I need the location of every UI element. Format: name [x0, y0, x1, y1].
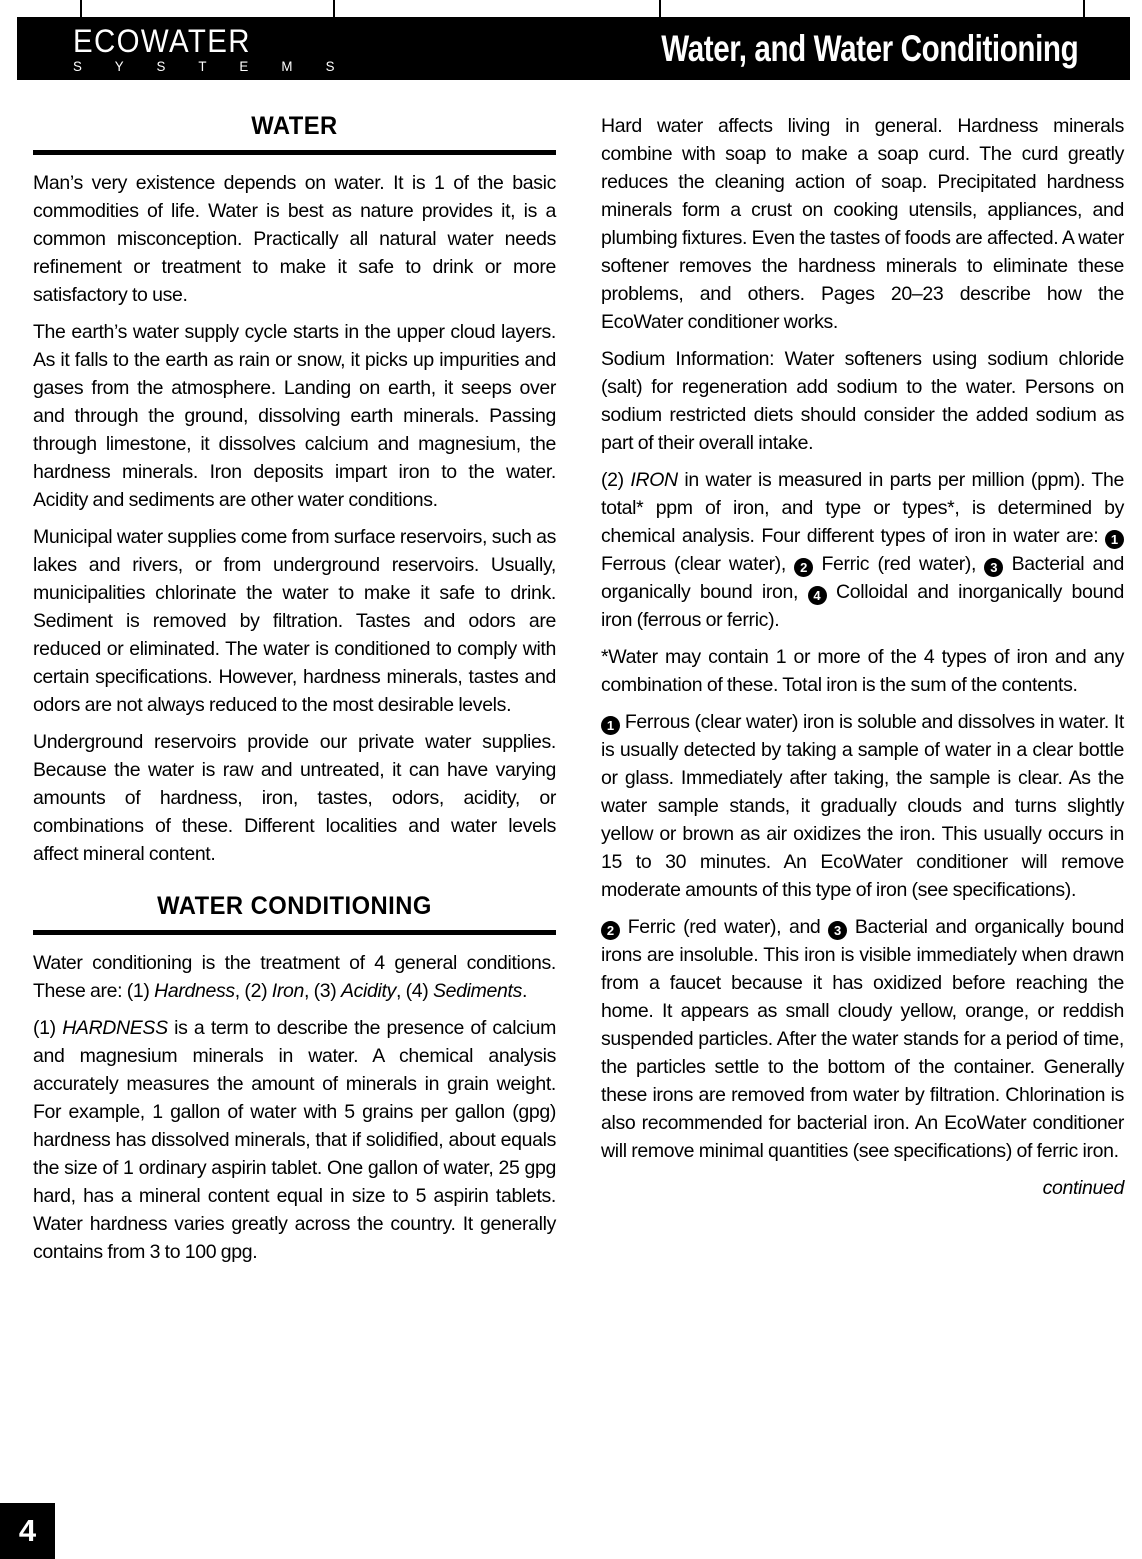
registration-mark [333, 0, 335, 17]
page-number-badge: 4 [0, 1503, 55, 1559]
paragraph: Sodium Information: Water softeners usin… [601, 345, 1124, 457]
numbered-bullet-1-icon: 1 [601, 716, 620, 735]
section-heading-block: WATER CONDITIONING [33, 892, 556, 935]
section-rule [33, 150, 556, 155]
section-rule [33, 930, 556, 935]
page-number: 4 [19, 1513, 36, 1549]
paragraph: Hard water affects living in general. Ha… [601, 112, 1124, 336]
numbered-bullet-2-icon: 2 [601, 921, 620, 940]
registration-mark [1083, 0, 1085, 17]
paragraph: Municipal water supplies come from surfa… [33, 523, 556, 719]
registration-mark [659, 0, 661, 17]
registration-mark [80, 0, 82, 17]
page-title: Water, and Water Conditioning [661, 28, 1078, 70]
numbered-bullet-3-icon: 3 [984, 558, 1003, 577]
section-heading-block: WATER [33, 112, 556, 155]
numbered-bullet-4-icon: 4 [808, 586, 827, 605]
numbered-bullet-3-icon: 3 [828, 921, 847, 940]
paragraph: 1 Ferrous (clear water) iron is soluble … [601, 708, 1124, 904]
paragraph: 2 Ferric (red water), and 3 Bacterial an… [601, 913, 1124, 1165]
paragraph: (1) HARDNESS is a term to describe the p… [33, 1014, 556, 1266]
page-header: ECOWATER S Y S T E M S Water, and Water … [17, 17, 1130, 80]
paragraph: Water conditioning is the treatment of 4… [33, 949, 556, 1005]
logo-subtitle: S Y S T E M S [73, 59, 349, 73]
paragraph: (2) IRON in water is measured in parts p… [601, 466, 1124, 634]
left-column: WATERMan’s very existence depends on wat… [33, 112, 556, 1275]
right-column: Hard water affects living in general. Ha… [601, 112, 1124, 1211]
paragraph: The earth’s water supply cycle starts in… [33, 318, 556, 514]
continued-note: continued [601, 1174, 1124, 1202]
numbered-bullet-2-icon: 2 [794, 558, 813, 577]
paragraph: Man’s very existence depends on water. I… [33, 169, 556, 309]
manual-page: ECOWATER S Y S T E M S Water, and Water … [0, 0, 1142, 1559]
paragraph: Underground reservoirs provide our priva… [33, 728, 556, 868]
numbered-bullet-1-icon: 1 [1105, 530, 1124, 549]
paragraph: *Water may contain 1 or more of the 4 ty… [601, 643, 1124, 699]
section-title: WATER [46, 112, 543, 141]
section-title: WATER CONDITIONING [46, 892, 543, 921]
ecowater-logo: ECOWATER S Y S T E M S [73, 25, 364, 73]
logo-wordmark: ECOWATER [73, 25, 340, 57]
